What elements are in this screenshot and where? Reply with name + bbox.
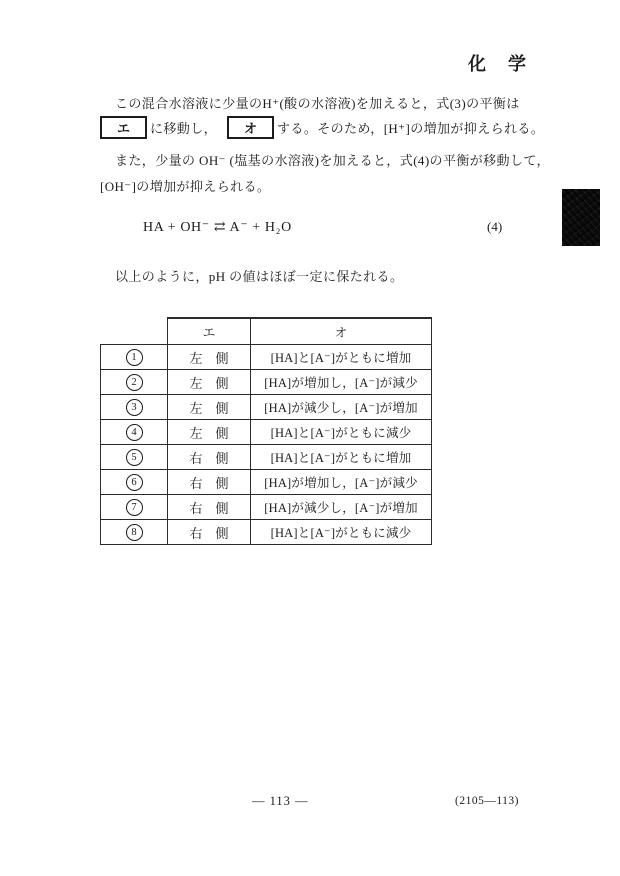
direction-cell: 右 側 [168,520,251,545]
page-title: 化 学 [468,50,528,76]
page-number: — 113 — [252,794,309,809]
table-row: 1 左 側 [HA]と[A⁻]がともに増加 [101,345,432,370]
direction-cell: 左 側 [168,370,251,395]
concentration-change-cell: [HA]と[A⁻]がともに減少 [251,520,432,545]
option-number-cell: 6 [101,470,168,495]
option-number: 3 [126,399,143,416]
table-header: エ オ [101,318,432,345]
option-number: 7 [126,499,143,516]
table-row: 8 右 側 [HA]と[A⁻]がともに減少 [101,520,432,545]
paragraph-line-4: [OH⁻]の増加が抑えられる。 [100,176,270,195]
answer-blank-e: エ [100,116,147,139]
direction-cell: 右 側 [168,445,251,470]
option-number-cell: 1 [101,345,168,370]
concentration-change-cell: [HA]が増加し，[A⁻]が減少 [251,470,432,495]
option-number: 5 [126,449,143,466]
table-row: 4 左 側 [HA]と[A⁻]がともに減少 [101,420,432,445]
table-row: 2 左 側 [HA]が増加し，[A⁻]が減少 [101,370,432,395]
direction-cell: 右 側 [168,470,251,495]
header-e: エ [168,318,251,345]
paragraph-line-1: この混合水溶液に少量のH⁺(酸の水溶液)を加えると，式(3)の平衡は [115,93,520,112]
table-body: 1 左 側 [HA]と[A⁻]がともに増加 2 左 側 [HA]が増加し，[A⁻… [101,345,432,545]
option-number-cell: 2 [101,370,168,395]
answer-blank-o: オ [227,116,274,139]
answer-options-table: エ オ 1 左 側 [HA]と[A⁻]がともに増加 2 左 側 [100,317,432,545]
option-number-cell: 5 [101,445,168,470]
concentration-change-cell: [HA]と[A⁻]がともに減少 [251,420,432,445]
concentration-change-cell: [HA]が減少し，[A⁻]が増加 [251,395,432,420]
option-number: 2 [126,374,143,391]
table-row: 5 右 側 [HA]と[A⁻]がともに増加 [101,445,432,470]
header-o: オ [251,318,432,345]
closing-sentence: 以上のように，pH の値はほぼ一定に保たれる。 [115,266,403,285]
direction-cell: 左 側 [168,345,251,370]
concentration-change-cell: [HA]と[A⁻]がともに増加 [251,445,432,470]
direction-cell: 右 側 [168,495,251,520]
option-number: 1 [126,349,143,366]
header-blank-corner [101,318,168,345]
table-row: 3 左 側 [HA]が減少し，[A⁻]が増加 [101,395,432,420]
concentration-change-cell: [HA]が減少し，[A⁻]が増加 [251,495,432,520]
option-number: 8 [126,524,143,541]
scan-artifact [562,189,600,246]
option-number-cell: 3 [101,395,168,420]
scanned-exam-page: 化 学 この混合水溶液に少量のH⁺(酸の水溶液)を加えると，式(3)の平衡は エ… [0,0,620,876]
direction-cell: 左 側 [168,395,251,420]
paragraph-line-3: また，少量の OH⁻ (塩基の水溶液)を加えると，式(4)の平衡が移動して， [115,150,550,169]
document-code: (2105—113) [455,795,519,807]
option-number-cell: 8 [101,520,168,545]
table-row: 7 右 側 [HA]が減少し，[A⁻]が増加 [101,495,432,520]
option-number-cell: 7 [101,495,168,520]
equation-number: (4) [487,219,502,235]
concentration-change-cell: [HA]が増加し，[A⁻]が減少 [251,370,432,395]
option-number: 4 [126,424,143,441]
table-row: 6 右 側 [HA]が増加し，[A⁻]が減少 [101,470,432,495]
concentration-change-cell: [HA]と[A⁻]がともに増加 [251,345,432,370]
equilibrium-equation: HA + OH⁻ ⇄ A⁻ + H₂O [143,219,292,236]
option-number: 6 [126,474,143,491]
line2-mid-text: に移動し， [150,118,217,137]
direction-cell: 左 側 [168,420,251,445]
line2-end-text: する。そのため，[H⁺]の増加が抑えられる。 [277,118,544,137]
option-number-cell: 4 [101,420,168,445]
paragraph-line-2: エ に移動し， オ する。そのため，[H⁺]の増加が抑えられる。 [100,116,547,139]
